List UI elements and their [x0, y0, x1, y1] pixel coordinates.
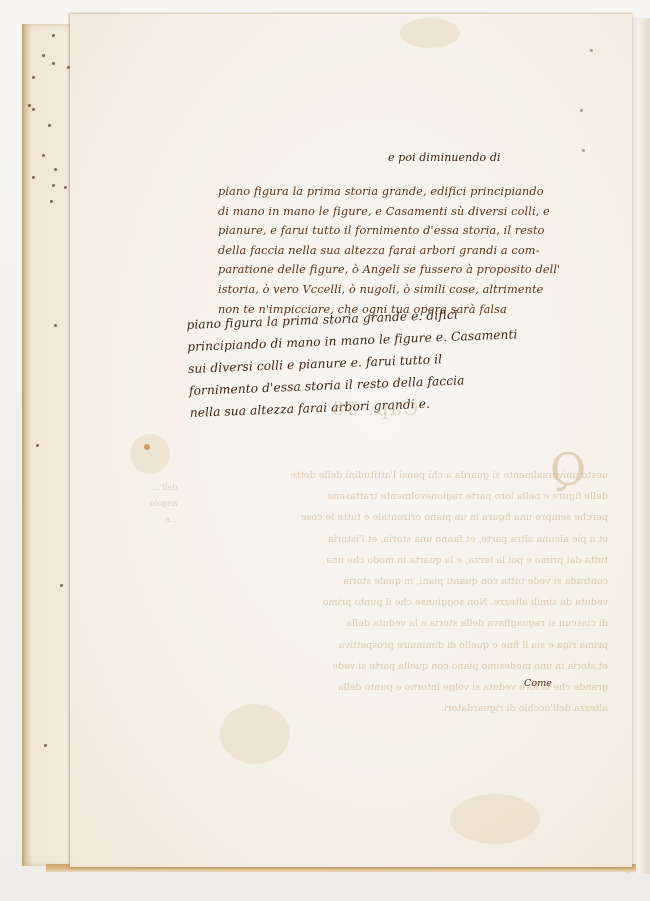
bleed-through-margin-note: dell'... angolo ...e: [150, 480, 177, 528]
catchword-bottom: Come: [524, 678, 552, 689]
bleed-through-heading: Cap. 58: [330, 398, 418, 420]
text-line: paratione delle figure, ò Angeli se fuss…: [218, 260, 560, 280]
margin-line: dell'...: [150, 480, 177, 496]
bleed-line: et storia in uno medesimo piano con quel…: [228, 656, 608, 677]
margin-line: ...e: [150, 512, 177, 528]
formal-hand-paragraph: piano figura la prima storia grande, edi…: [218, 182, 560, 319]
text-line: della faccia nella sua altezza farai arb…: [218, 241, 560, 261]
text-line: di mano in mano le figure, e Casamenti s…: [218, 202, 560, 222]
text-line: istoria, ò vero Vccelli, ò nugoli, ò sim…: [218, 280, 560, 300]
bleed-line: di ciascun si raguagliava della storia e…: [228, 613, 608, 634]
manuscript-page: [70, 13, 632, 867]
bleed-line: et a pie alcuna altra parte, et fanno un…: [228, 529, 608, 550]
catchword-top: e poi diminuendo di: [388, 151, 501, 164]
bleed-line: tutta dal primo e poi la terza, e la qua…: [228, 550, 608, 571]
bleed-line: uesto universalmente si guarda a chi pen…: [228, 465, 608, 486]
bleed-line: veduta da simili altezze. Non soggiunse …: [228, 592, 608, 613]
bleed-line: perche sempre una figura in un piano ori…: [228, 507, 608, 528]
margin-line: angolo: [150, 496, 177, 512]
text-line: piano figura la prima storia grande, edi…: [218, 182, 560, 202]
bleed-line: altezza dell'occhio di riguardatori.: [228, 698, 608, 719]
bleed-line: delle figure e nella loro parte ragionev…: [228, 486, 608, 507]
bleed-line: prima riga e sia il fine e quello di dim…: [228, 635, 608, 656]
bleed-line: contrada si vede tutta con quanti piani,…: [228, 571, 608, 592]
text-line: pianure, e farui tutto il fornimento d'e…: [218, 221, 560, 241]
